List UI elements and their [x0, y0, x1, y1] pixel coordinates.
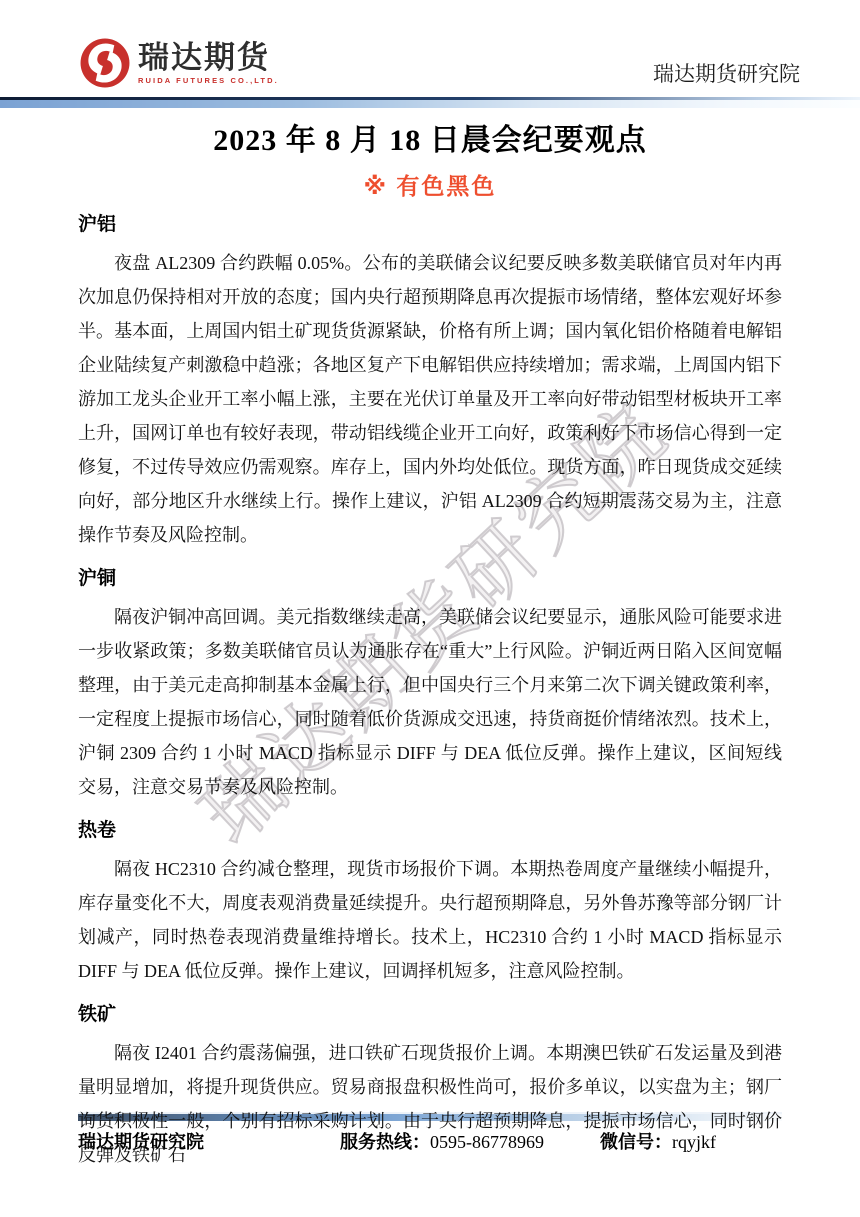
- section-shanghai-aluminum: 沪铝 夜盘 AL2309 合约跌幅 0.05%。公布的美联储会议纪要反映多数美联…: [78, 214, 782, 552]
- section-iron-ore: 铁矿 隔夜 I2401 合约震荡偏强，进口铁矿石现货报价上调。本期澳巴铁矿石发运…: [78, 1004, 782, 1172]
- header-divider-gradient-bar: [0, 100, 860, 108]
- document-page: 瑞达期货 RUIDA FUTURES CO.,LTD. 瑞达期货研究院 瑞达期货…: [0, 0, 860, 1217]
- section-text-shanghai-aluminum: 夜盘 AL2309 合约跌幅 0.05%。公布的美联储会议纪要反映多数美联储官员…: [78, 246, 782, 552]
- section-heading-hot-rolled-coil: 热卷: [78, 820, 782, 842]
- institute-name: 瑞达期货研究院: [653, 58, 800, 90]
- section-text-hot-rolled-coil: 隔夜 HC2310 合约减仓整理，现货市场报价下调。本期热卷周度产量继续小幅提升…: [78, 852, 782, 988]
- report-subtitle: ※ 有色黑色: [78, 171, 782, 202]
- section-text-iron-ore: 隔夜 I2401 合约震荡偏强，进口铁矿石现货报价上调。本期澳巴铁矿石发运量及到…: [78, 1036, 782, 1172]
- section-heading-shanghai-aluminum: 沪铝: [78, 214, 782, 236]
- section-shanghai-copper: 沪铜 隔夜沪铜冲高回调。美元指数继续走高，美联储会议纪要显示，通胀风险可能要求进…: [78, 568, 782, 804]
- section-hot-rolled-coil: 热卷 隔夜 HC2310 合约减仓整理，现货市场报价下调。本期热卷周度产量继续小…: [78, 820, 782, 988]
- section-text-shanghai-copper: 隔夜沪铜冲高回调。美元指数继续走高，美联储会议纪要显示，通胀风险可能要求进一步收…: [78, 600, 782, 804]
- section-heading-shanghai-copper: 沪铜: [78, 568, 782, 590]
- logo-text: 瑞达期货 RUIDA FUTURES CO.,LTD.: [138, 42, 279, 85]
- header-divider: [0, 97, 860, 108]
- brand-name-cn: 瑞达期货: [138, 42, 279, 73]
- page-header: 瑞达期货 RUIDA FUTURES CO.,LTD. 瑞达期货研究院: [78, 36, 800, 90]
- report-body: 2023 年 8 月 18 日晨会纪要观点 ※ 有色黑色 沪铝 夜盘 AL230…: [78, 120, 782, 1172]
- company-logo: 瑞达期货 RUIDA FUTURES CO.,LTD.: [78, 36, 279, 90]
- brand-name-en: RUIDA FUTURES CO.,LTD.: [138, 77, 279, 85]
- section-heading-iron-ore: 铁矿: [78, 1004, 782, 1026]
- report-title: 2023 年 8 月 18 日晨会纪要观点: [78, 120, 782, 161]
- ruida-logo-icon: [78, 36, 132, 90]
